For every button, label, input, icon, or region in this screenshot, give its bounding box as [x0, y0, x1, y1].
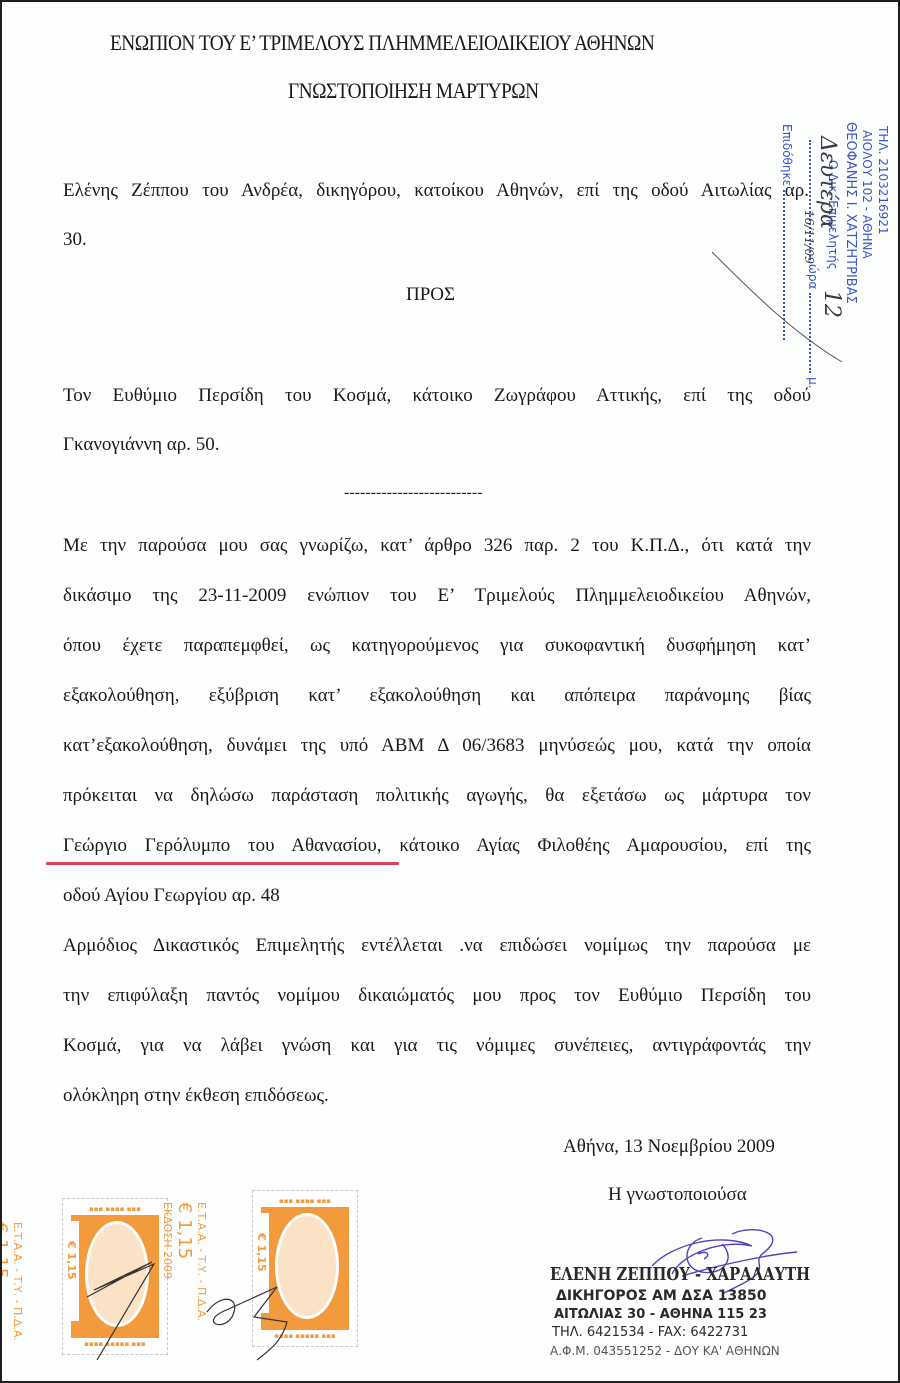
text-line: Αρμόδιος Δικαστικός Επιμελητής εντέλλετα… — [63, 935, 811, 957]
recipient-line-2: Γκανογιάννη αρ. 50. — [63, 434, 219, 456]
text-line: Με την παρούσα μου σας γνωρίζω, κατ’ άρθ… — [63, 535, 811, 557]
lawyer-name: ΕΛΕΝΗ ΖΕΠΠΟΥ - ΧΑΡΑΛΑΥΤΗ — [550, 1264, 810, 1285]
delivered-label: Επιδόθηκε — [780, 124, 794, 186]
officer-address: ΑΙΟΛΟΥ 102 - ΑΘΗΝΑ — [860, 130, 874, 259]
witness-name-underline — [46, 862, 399, 865]
text-line: κατ’εξακολούθηση, δυνάμει της υπό ΑΒΜ Δ … — [63, 735, 811, 757]
text-line: πρόκειται να δηλώσω παράσταση πολιτικής … — [63, 785, 811, 807]
delivered-date-handwritten: 16/11/09 — [802, 210, 816, 264]
recipient-line-1: Τον Ευθύμιο Περσίδη του Κοσμά, κάτοικο Ζ… — [63, 385, 811, 407]
text-line: ολόκληρη στην έκθεση επιδόσεως. — [63, 1085, 329, 1107]
text-line: την επιφύλαξη παντός νομίμου δικαιώματός… — [63, 985, 811, 1007]
signatory-role: Η γνωστοποιούσα — [608, 1184, 747, 1206]
sender-line-1: Ελένης Ζέππου του Ανδρέα, δικηγόρου, κατ… — [63, 180, 809, 202]
text-line: εξακολούθηση, εξύβριση κατ’ εξακολούθηση… — [63, 685, 811, 707]
witness-residence: κάτοικο Αγίας Φιλοθέης Αμαρουσίου, επί τ… — [382, 835, 811, 856]
witness-line: Γεώργιο Γερόλυμπο του Αθανασίου, κάτοικο… — [63, 835, 811, 857]
stamp-2-value: € 1,15 — [255, 1233, 268, 1272]
witness-address: οδού Αγίου Γεωργίου αρ. 48 — [63, 885, 280, 907]
hour-handwritten: 12 — [819, 290, 844, 318]
officer-phone: ΤΗΛ. 2103216921 — [876, 126, 890, 235]
text-line: δικάσιμο της 23-11-2009 ενώπιον του Ε’ Τ… — [63, 585, 811, 607]
to-label: ΠΡΟΣ — [406, 284, 455, 306]
place-date: Αθήνα, 13 Νοεμβρίου 2009 — [563, 1136, 775, 1158]
witness-name: Γεώργιο Γερόλυμπο του Αθανασίου, — [63, 835, 382, 856]
stamp-value: € 1,15 — [0, 1222, 11, 1341]
lawyer-title: ΔΙΚΗΓΟΡΟΣ ΑΜ ΔΣΑ 13850 — [556, 1288, 767, 1304]
separator: -------------------------- — [344, 484, 483, 502]
stamp-side-middle: Ε.Τ.Α.Α. - Τ.Υ. - Π.Δ.Α. € 1,15 ΕΚΔΟΣΗ 2… — [161, 1202, 208, 1321]
document-page: ΕΝΩΠΙΟΝ ΤΟΥ Ε’ ΤΡΙΜΕΛΟΥΣ ΠΛΗΜΜΕΛΕΙΟΔΙΚΕΙ… — [0, 0, 900, 1383]
sender-line-2: 30. — [63, 229, 87, 251]
stamp-edition-2: ΕΚΔΟΣΗ 2009 — [161, 1202, 174, 1321]
lawyer-tax: Α.Φ.Μ. 043551252 - ΔΟΥ ΚΑ' ΑΘΗΝΩΝ — [550, 1344, 780, 1358]
stamp-1-value: € 1,15 — [65, 1241, 78, 1280]
fee-stamp-2: ▪▪▪ ▪▪▪▪ ▪▪▪ ▪▪▪▪ ▪▪▪▪▪ ▪▪▪ € 1,15 — [252, 1190, 358, 1347]
lawyer-phone: ΤΗΛ. 6421534 - FAX: 6422731 — [552, 1325, 748, 1340]
fee-stamp-1: ▪▪▪ ▪▪▪▪ ▪▪▪ ▪▪▪▪ ▪▪▪▪▪ ▪▪▪ € 1,15 — [62, 1198, 168, 1355]
stamp-portrait-icon — [275, 1213, 339, 1319]
stamp-issuer-2: Ε.Τ.Α.Α. - Τ.Υ. - Π.Δ.Α. — [195, 1202, 208, 1321]
stamp-side-left: Ε.Τ.Α.Α. - Τ.Υ. - Π.Δ.Α. € 1,15 ΕΚΔΟΣΗ 2… — [0, 1222, 24, 1341]
stamp-value-2: € 1,15 — [174, 1202, 195, 1321]
hour-label: ώρα — [806, 264, 820, 290]
officer-name: ΘΕΟΦΑΝΗΣ Ι. ΧΑΤΖΗΤΡΙΒΑΣ — [843, 122, 858, 304]
text-line: όπου έχετε παραπεμφθεί, ως κατηγορούμενο… — [63, 635, 811, 657]
day-handwritten: Δευτέρα — [815, 136, 840, 229]
lawyer-address: ΑΙΤΩΛΙΑΣ 30 - ΑΘΗΝΑ 115 23 — [554, 1307, 767, 1322]
court-officer-stamp: Επιδόθηκε ώρα μ. Ο Δικ. Επιμελητής ΘΕΟΦΑ… — [770, 122, 880, 462]
court-heading: ΕΝΩΠΙΟΝ ΤΟΥ Ε’ ΤΡΙΜΕΛΟΥΣ ΠΛΗΜΜΕΛΕΙΟΔΙΚΕΙ… — [110, 30, 654, 56]
stamp-issuer: Ε.Τ.Α.Α. - Τ.Υ. - Π.Δ.Α. — [11, 1222, 24, 1341]
hour-suffix: μ. — [806, 377, 820, 388]
text-line: Κοσμά, για να λάβει γνώση και για τις νό… — [63, 1035, 811, 1057]
document-title: ΓΝΩΣΤΟΠΟΙΗΣΗ ΜΑΡΤΥΡΩΝ — [288, 78, 539, 104]
stamp-portrait-icon — [85, 1221, 149, 1327]
